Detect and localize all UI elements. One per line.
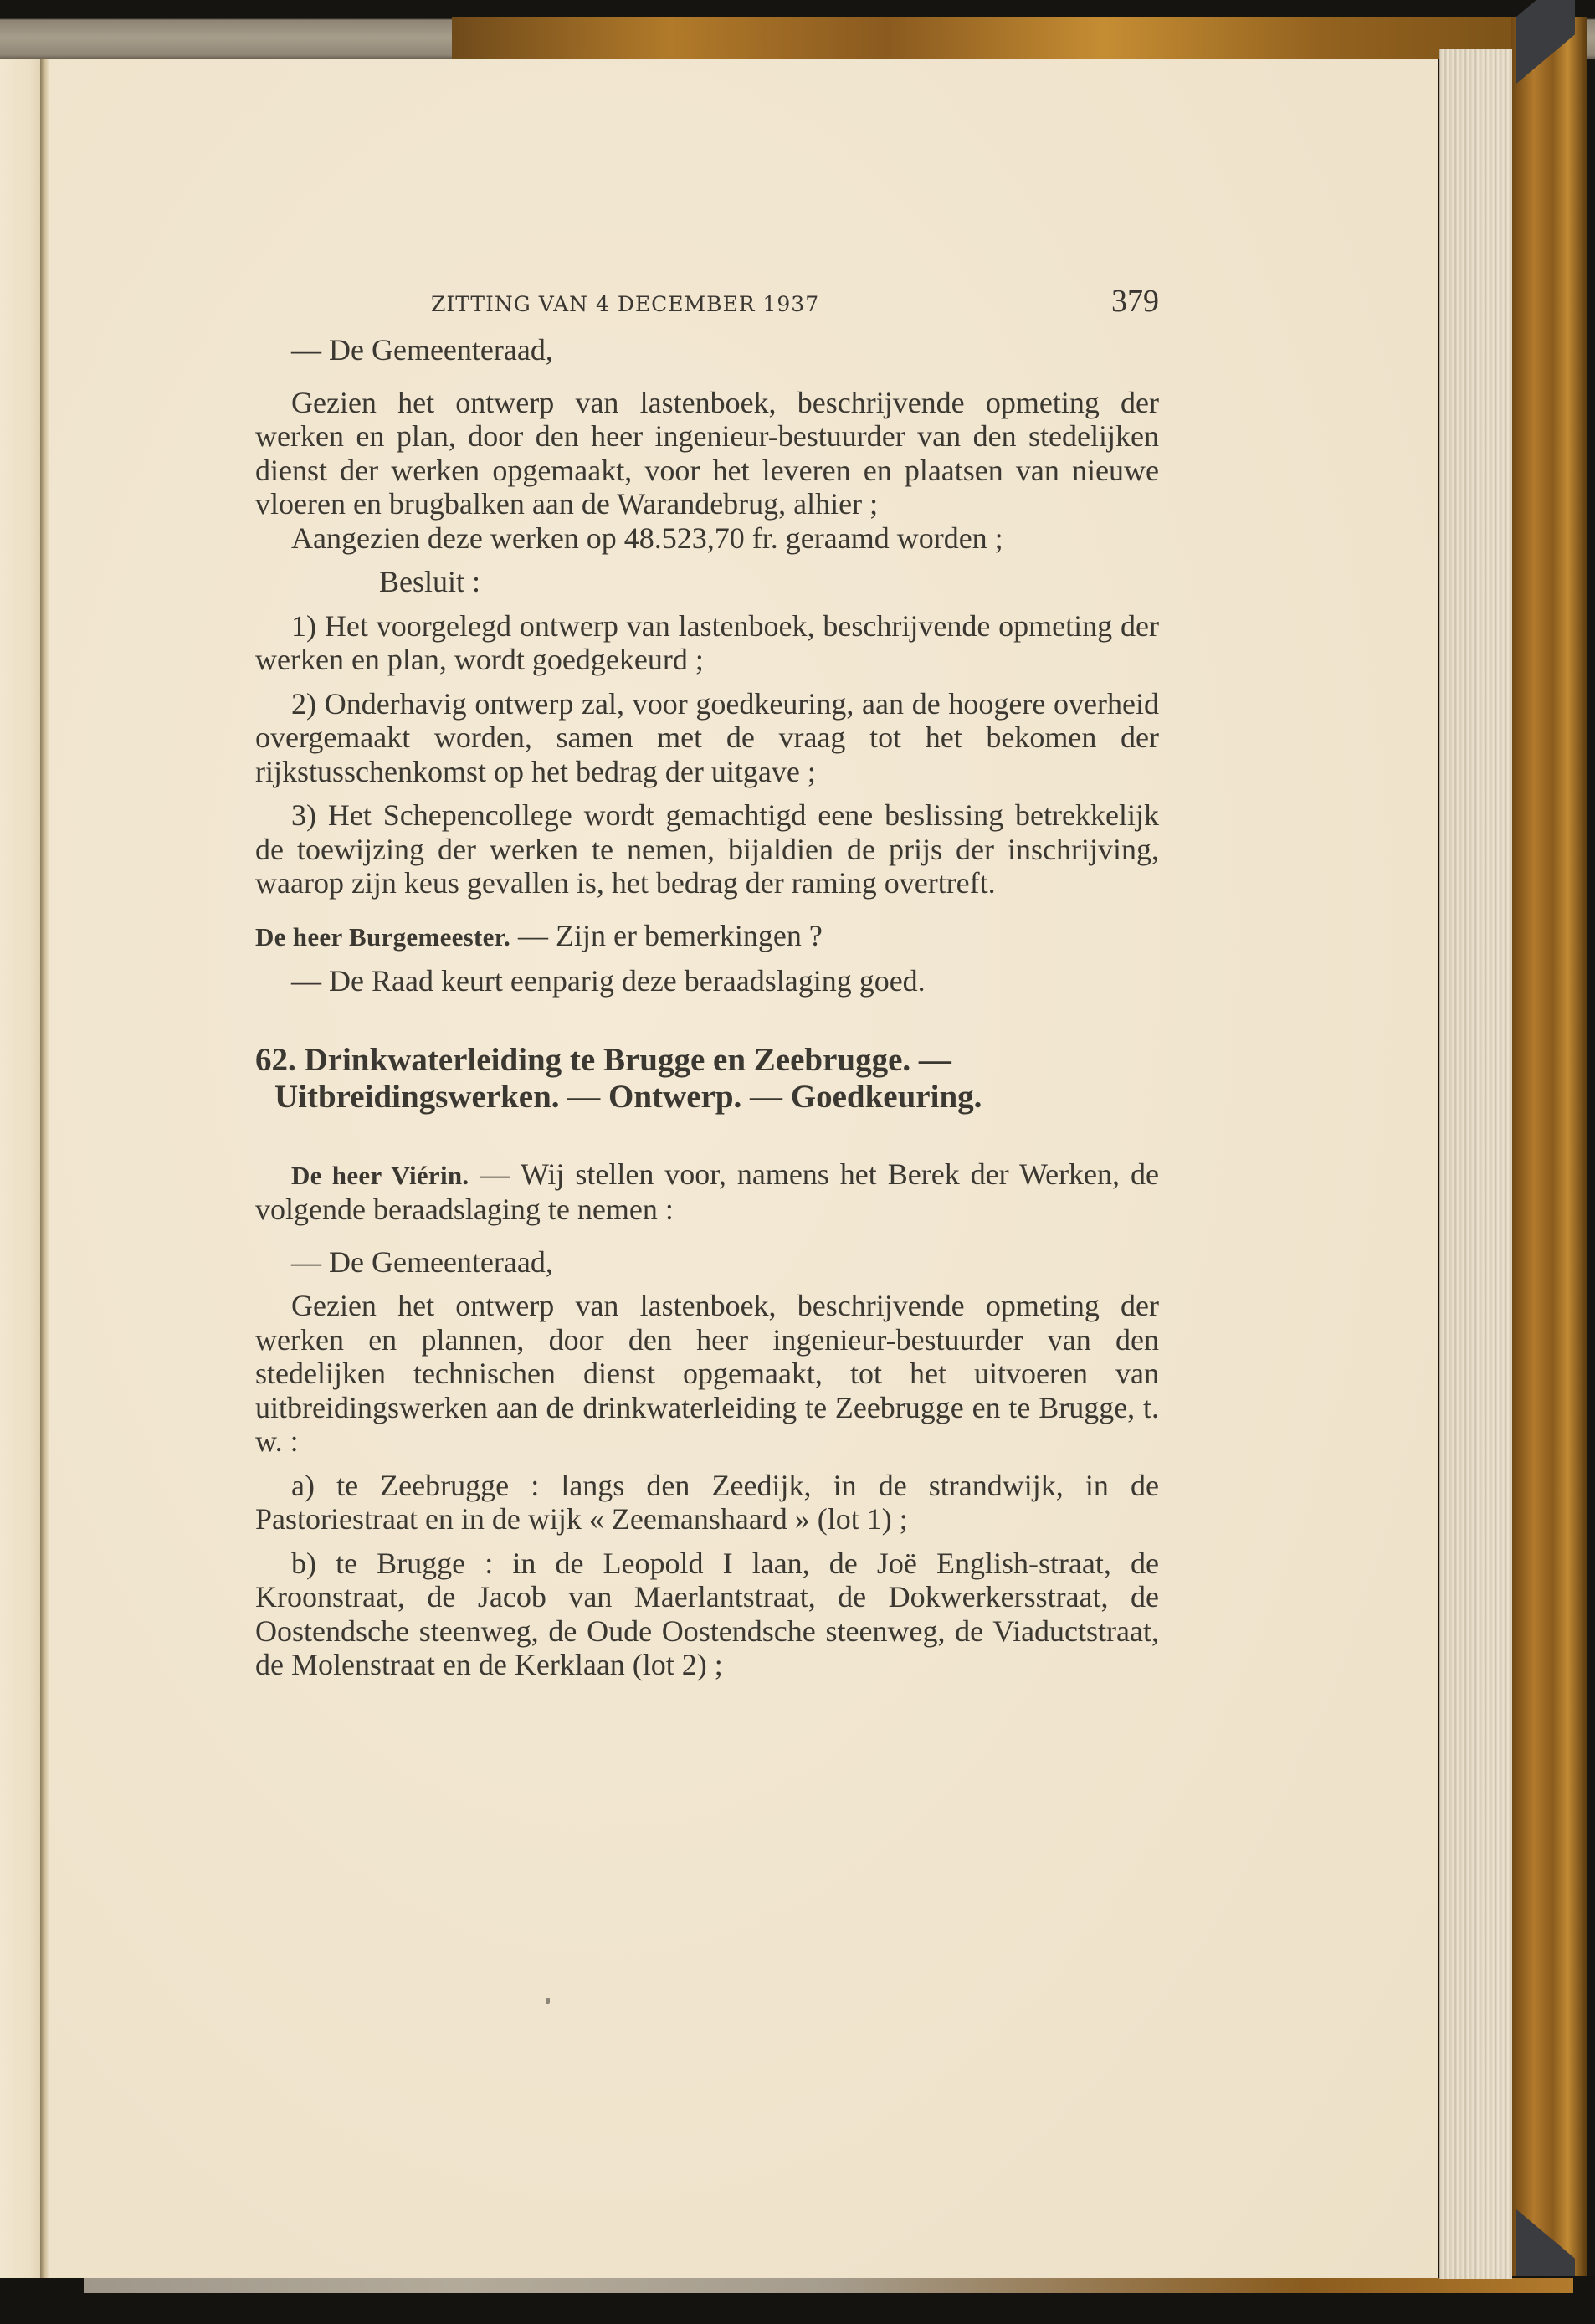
list-item-b: b) te Brugge : in de Leopold I laan, de … [255, 1547, 1159, 1682]
running-head-title: ZITTING VAN 4 DECEMBER 1937 [431, 288, 819, 322]
decision-item: 3) Het Schepencollege wordt gemachtigd e… [255, 798, 1159, 900]
marbled-cover-top [452, 17, 1540, 59]
section-heading: 62. Drinkwaterleiding te Brugge en Zeebr… [255, 1042, 1159, 1116]
decision-item: 2) Onderhavig ontwerp zal, voor goedkeur… [255, 687, 1159, 789]
council-opening: — De Gemeenteraad, [255, 333, 1159, 367]
paper-speck [546, 1998, 550, 2004]
mayor-remark: De heer Burgemeester. — Zijn er bemerkin… [255, 919, 1159, 955]
section-heading-line2: Uitbreidingswerken. — Ontwerp. — Goedkeu… [255, 1079, 1159, 1116]
running-head: ZITTING VAN 4 DECEMBER 1937 379 [431, 285, 1159, 318]
vote-result: — De Raad keurt eenparig deze beraadslag… [255, 964, 1159, 998]
page-stack-edges [1439, 49, 1512, 2279]
book-gutter [40, 59, 49, 2278]
list-item-a: a) te Zeebrugge : langs den Zeedijk, in … [255, 1469, 1159, 1537]
speaker-remark: De heer Viérin. — Wij stellen voor, name… [255, 1157, 1159, 1227]
decision-item: 1) Het voorgelegd ontwerp van lastenboek… [255, 609, 1159, 677]
whereas-paragraph: Gezien het ontwerp van lastenboek, besch… [255, 1289, 1159, 1459]
whereas-paragraph: Gezien het ontwerp van lastenboek, besch… [255, 386, 1159, 521]
page-text: ZITTING VAN 4 DECEMBER 1937 379 — De Gem… [255, 285, 1159, 1682]
section-heading-line1: 62. Drinkwaterleiding te Brugge en Zeebr… [255, 1042, 951, 1078]
speaker-name: De heer Burgemeester. [255, 922, 510, 952]
speaker-text: — Zijn er bemerkingen ? [518, 919, 823, 952]
whereas-paragraph: Aangezien deze werken op 48.523,70 fr. g… [255, 521, 1159, 556]
page-number: 379 [1111, 285, 1159, 319]
cover-bottom-strip [84, 2278, 1573, 2293]
left-page-edge [0, 59, 42, 2278]
marbled-cover-right [1511, 17, 1587, 2301]
council-opening: — De Gemeenteraad, [255, 1245, 1159, 1280]
speaker-name: De heer Viérin. [291, 1161, 469, 1190]
decision-label: Besluit : [255, 565, 1159, 599]
